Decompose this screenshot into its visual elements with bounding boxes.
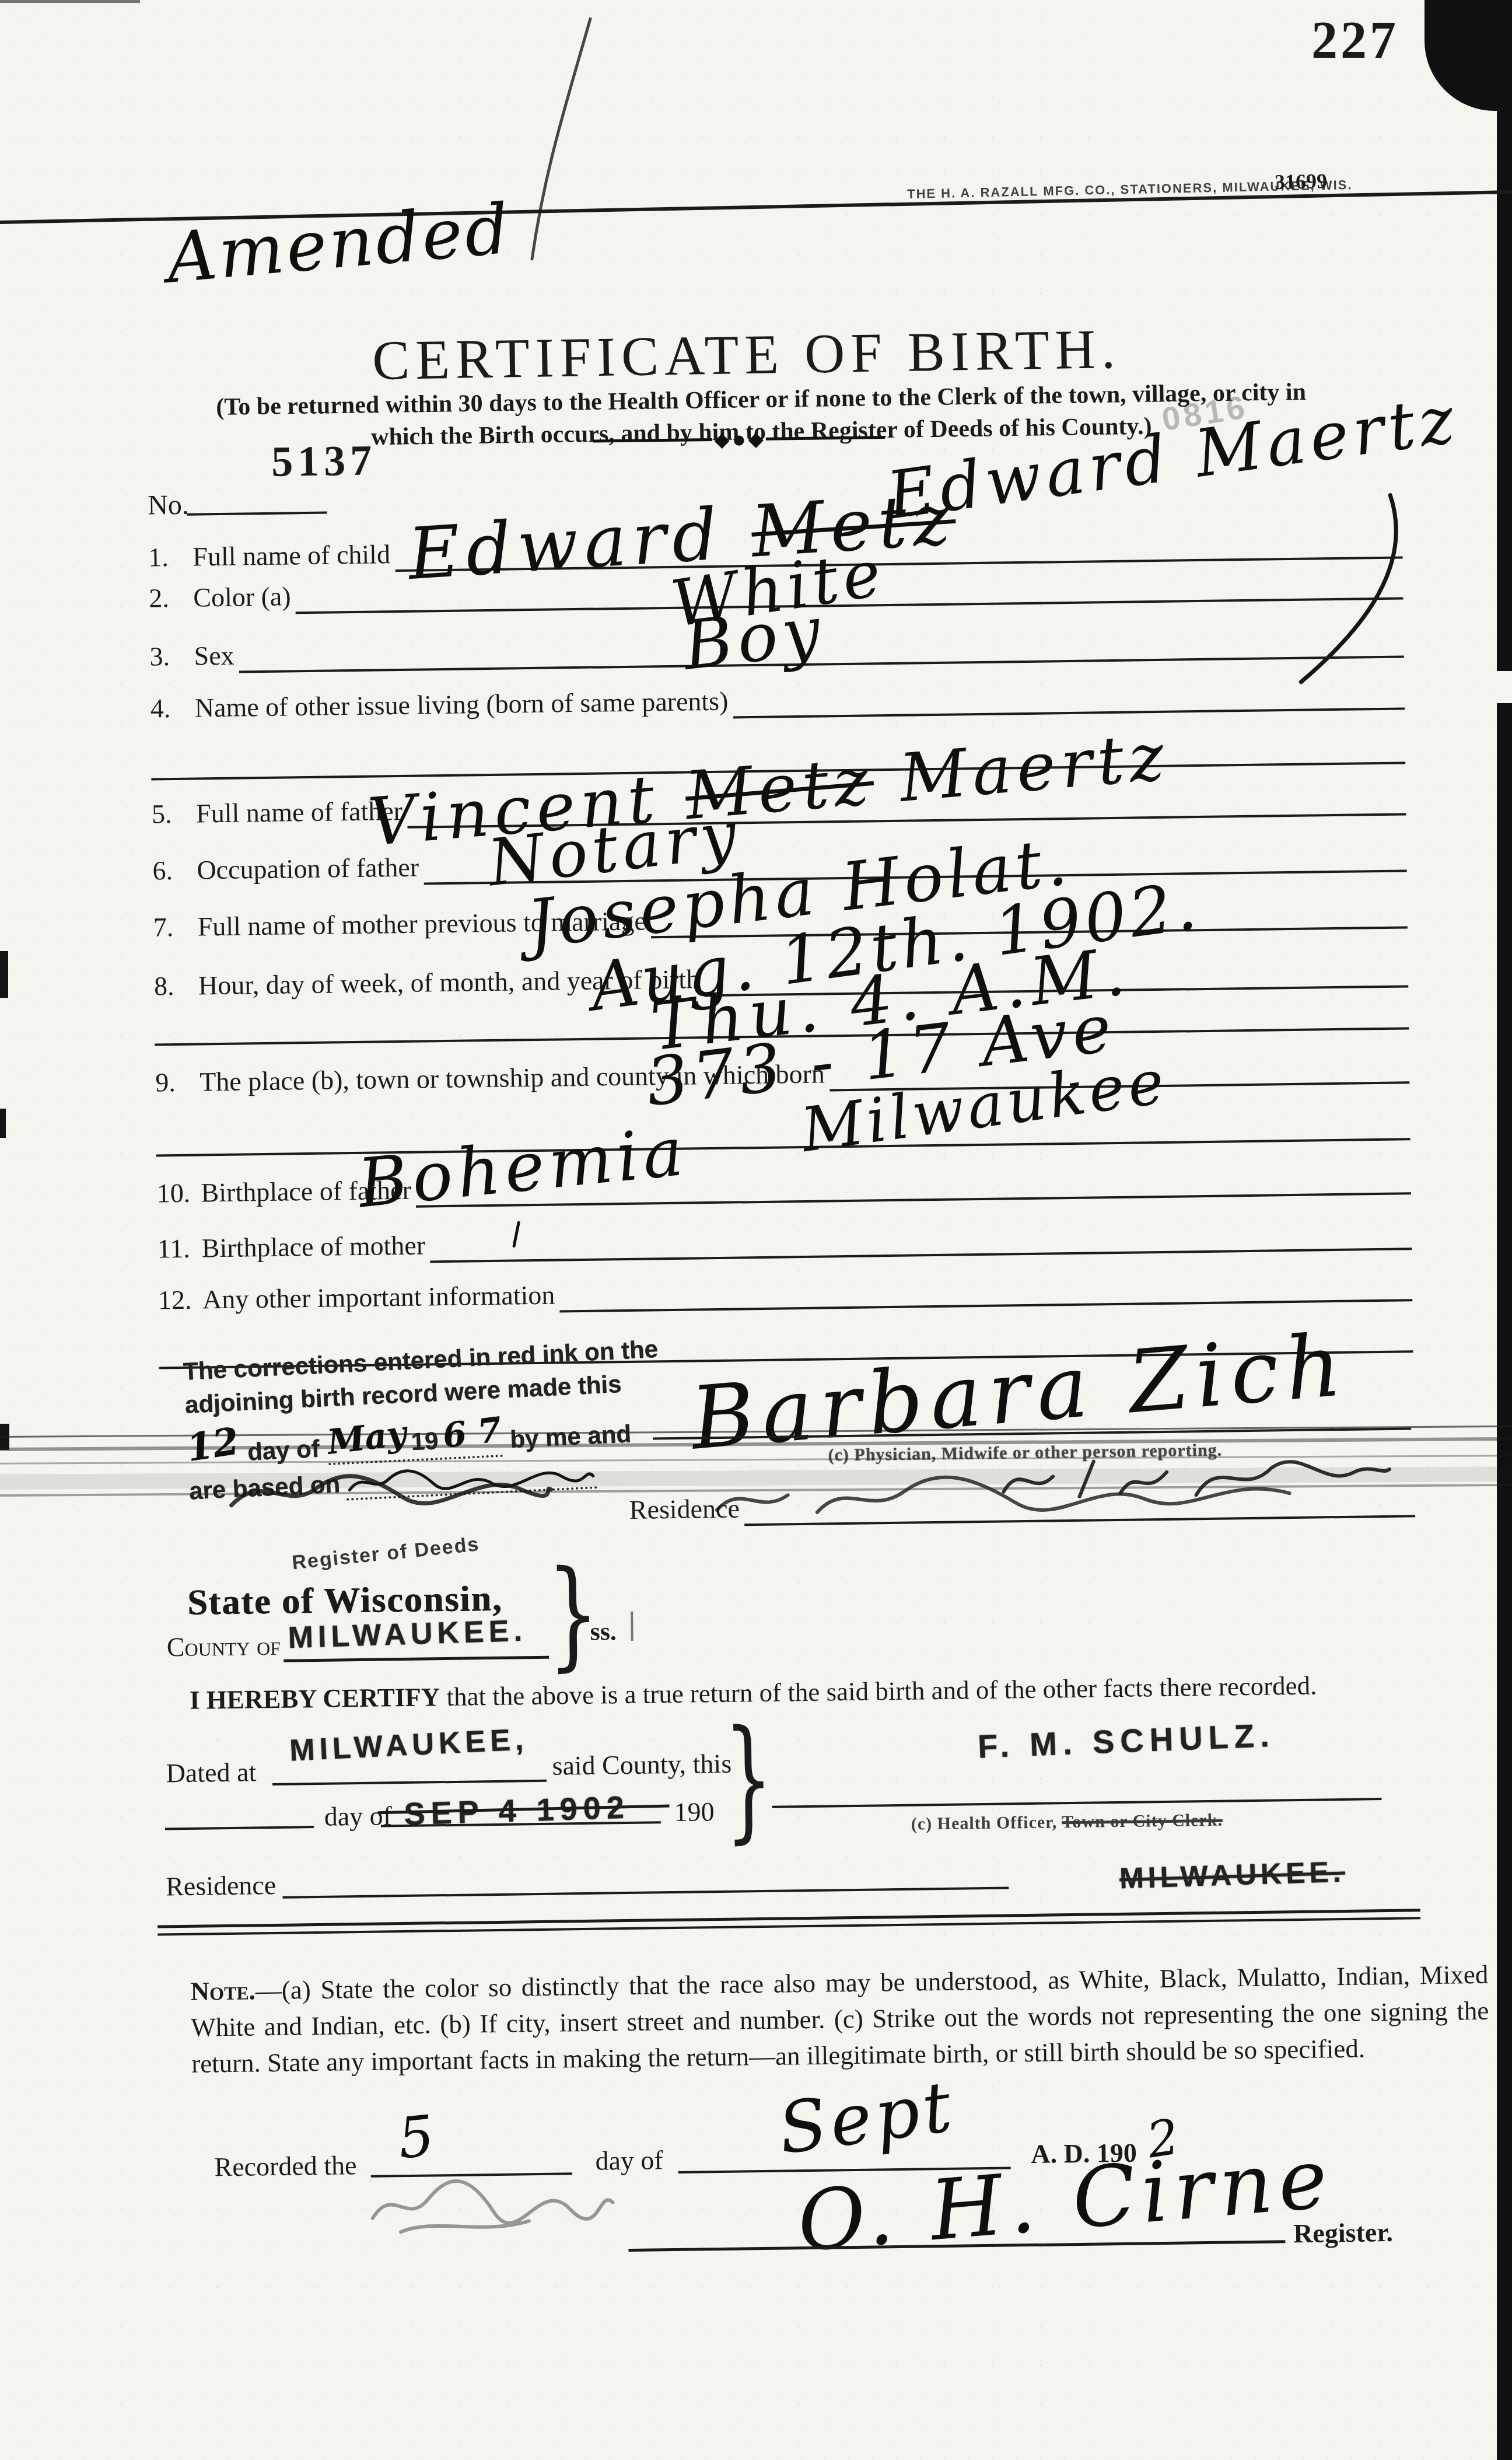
illegible-handwriting: [365, 2159, 617, 2244]
year-prefix: 190: [674, 1796, 715, 1827]
field-label: Birthplace of mother: [202, 1229, 430, 1266]
continuation-line: [156, 1138, 1410, 1156]
register-of-deeds-caption: Register of Deeds: [291, 1533, 481, 1574]
field-label: Name of other issue living (born of same…: [194, 686, 733, 726]
hw-father-birthplace: Bohemia: [355, 1112, 691, 1223]
hw-sex: Boy: [679, 591, 829, 686]
venue-ss: ss.: [590, 1616, 617, 1647]
officer-residence-line: [282, 1886, 1009, 1898]
field-label: Color (a): [193, 581, 296, 615]
venue-county: MILWAUKEE.: [288, 1613, 527, 1655]
recorded-label: Recorded the: [214, 2150, 357, 2182]
field-number: 7.: [153, 911, 198, 945]
day-line: [165, 1826, 314, 1830]
dated-cont: said County, this: [552, 1748, 731, 1781]
corrections-line3-end: by me and: [509, 1417, 632, 1456]
certify-lead: I HEREBY CERTIFY: [190, 1682, 440, 1715]
dot-icon: ●: [731, 425, 746, 453]
field-label: Full name of child: [192, 539, 395, 575]
register-caption: Register.: [1293, 2217, 1393, 2249]
form-body: ◆ ● ◆ 5137 No. Edward Maertz 0816 1. Ful…: [0, 0, 1512, 2460]
officer-caption-struck: Town or City Clerk.: [1062, 1811, 1223, 1832]
dated-line: [272, 1780, 547, 1785]
field-number: 6.: [152, 855, 197, 889]
field-number: 10.: [156, 1177, 201, 1211]
note-lead: Note.: [190, 1976, 256, 2005]
field-number: 4.: [150, 693, 195, 726]
diamond-icon: ◆: [746, 427, 766, 450]
illegible-handwriting: [712, 1467, 1296, 1528]
field-number: 8.: [154, 970, 199, 1004]
field-line: [430, 1217, 1412, 1263]
dated-label: Dated at: [166, 1756, 256, 1788]
hw-correction-year: 6 7: [440, 1407, 504, 1459]
field-line: [733, 677, 1405, 718]
field-row-11: 11. Birthplace of mother: [157, 1219, 1412, 1266]
field-number: 1.: [148, 541, 193, 575]
hw-recorded-month: Sept: [774, 2066, 960, 2170]
officer-caption: (c) Health Officer, Town or City Clerk.: [911, 1811, 1223, 1834]
hw-correction-day: 12: [183, 1417, 242, 1474]
venue-brace: }: [547, 1545, 600, 1683]
officer-line: [772, 1798, 1382, 1808]
field-number: 12.: [158, 1284, 203, 1318]
county-line: [283, 1656, 549, 1662]
dated-brace: }: [723, 1701, 773, 1857]
no-label: No.: [148, 489, 189, 522]
officer-name-stamp: F. M. SCHULZ.: [977, 1716, 1276, 1766]
dated-place-stamp: MILWAUKEE,: [289, 1722, 529, 1769]
officer-caption-keep: (c) Health Officer,: [911, 1812, 1062, 1833]
field-number: 5.: [152, 798, 197, 832]
field-number: 2.: [149, 582, 194, 616]
officer-residence-label: Residence: [166, 1870, 276, 1902]
scanned-birth-certificate: 227 THE H. A. RAZALL MFG. CO., STATIONER…: [0, 0, 1512, 2460]
corrections-year-prefix: 19: [411, 1424, 439, 1459]
hw-correction-month: May: [325, 1411, 409, 1466]
certificate-number: 5137: [271, 436, 377, 487]
certify-sentence: I HEREBY CERTIFY that the above is a tru…: [190, 1669, 1426, 1715]
diamond-icon: ◆: [712, 428, 732, 451]
field-label: Sex: [194, 640, 239, 674]
field-row-4: 4. Name of other issue living (born of s…: [150, 679, 1405, 726]
field-row-10: 10. Birthplace of father: [156, 1164, 1410, 1211]
corrections-day-label: day of: [247, 1432, 320, 1469]
note-body: —(a) State the color so distinctly that …: [191, 1960, 1489, 2078]
divider-ornament: ◆ ● ◆: [593, 424, 885, 455]
field-number: 3.: [149, 641, 194, 675]
field-line: [559, 1269, 1412, 1312]
venue-county-label: County of: [167, 1630, 281, 1663]
field-number: 9.: [155, 1067, 200, 1100]
register-of-deeds-signature: [228, 1463, 555, 1519]
officer-residence-stamp: MILWAUKEE.: [1119, 1855, 1345, 1896]
note-paragraph: Note.—(a) State the color so distinctly …: [190, 1956, 1489, 2082]
day-of-label: day of: [324, 1800, 392, 1832]
venue-tick: [631, 1612, 633, 1641]
no-line: [187, 512, 327, 516]
scan-left-mark: [0, 1109, 6, 1138]
field-row-12: 12. Any other important information: [158, 1271, 1412, 1318]
field-number: 11.: [157, 1232, 202, 1266]
field-label: Any other important information: [202, 1279, 560, 1317]
